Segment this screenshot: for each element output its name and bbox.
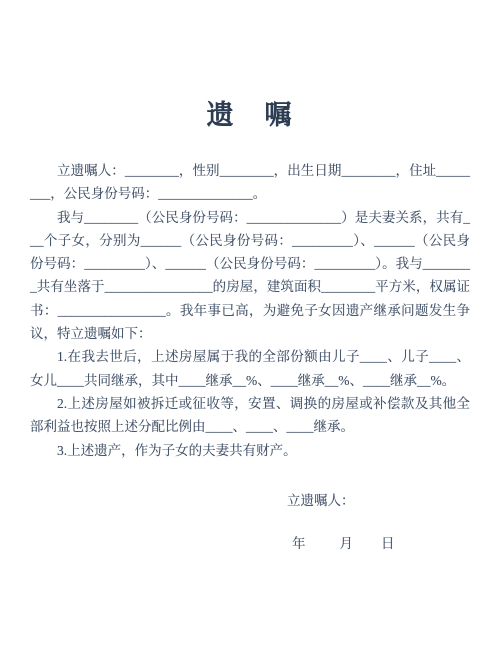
document-body: 立遗嘱人：________，性别________，出生日期________，住址… bbox=[30, 159, 470, 462]
month-label: 月 bbox=[340, 536, 354, 551]
day-label: 日 bbox=[381, 536, 395, 551]
paragraph-family-and-property: 我与________（公民身份号码：______________）是夫妻关系，共… bbox=[30, 206, 470, 346]
signature-label: 立遗嘱人： bbox=[287, 493, 355, 508]
paragraph-testator-info: 立遗嘱人：________，性别________，出生日期________，住址… bbox=[30, 159, 470, 206]
signature-row: 立遗嘱人： bbox=[30, 489, 470, 512]
paragraph-clause-2: 2.上述房屋如被拆迁或征收等，安置、调换的房屋或补偿款及其他全部利益也按照上述分… bbox=[30, 392, 470, 439]
paragraph-clause-1: 1.在我去世后，上述房屋属于我的全部份额由儿子____、儿子____、女儿___… bbox=[30, 345, 470, 392]
document-title: 遗 嘱 bbox=[30, 98, 470, 132]
paragraph-clause-3: 3.上述遗产，作为子女的夫妻共有财产。 bbox=[30, 439, 470, 462]
date-row: 年月日 bbox=[30, 532, 470, 555]
will-document-page: 遗 嘱 立遗嘱人：________，性别________，出生日期_______… bbox=[0, 0, 500, 653]
year-label: 年 bbox=[292, 536, 306, 551]
